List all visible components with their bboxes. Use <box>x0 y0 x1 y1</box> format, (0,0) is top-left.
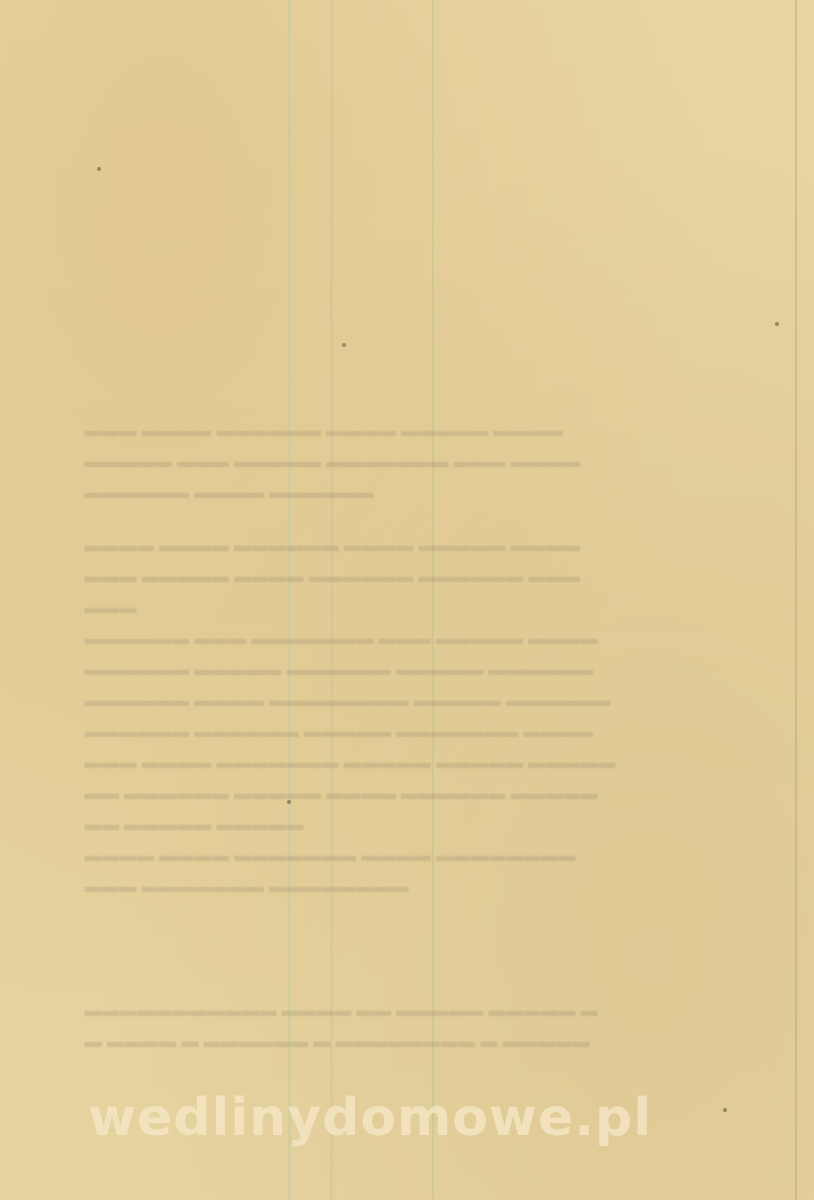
bleed-through-text-block-3: ▬ ▬▬▬▬▬ ▬▬▬▬▬ ▬▬ ▬▬▬▬ ▬▬▬▬▬▬▬▬▬▬▬ ▬▬▬▬▬ … <box>84 995 759 1057</box>
bleed-through-text-block-2: ▬▬▬▬ ▬▬▬▬▬ ▬▬▬▬ ▬▬▬▬▬▬ ▬▬▬▬ ▬▬▬▬ ▬▬▬ ▬▬▬… <box>84 530 759 902</box>
page-edge <box>795 0 797 1200</box>
speck <box>97 167 101 171</box>
speck <box>287 800 291 804</box>
scanned-page: ▬▬▬▬ ▬▬▬▬▬ ▬▬▬▬ ▬▬▬▬▬▬ ▬▬▬▬ ▬▬▬ ▬▬▬▬ ▬▬▬… <box>0 0 814 1200</box>
watermark: wedlinydomowe.pl <box>88 1088 652 1148</box>
bleed-through-text-block-1: ▬▬▬▬ ▬▬▬▬▬ ▬▬▬▬ ▬▬▬▬▬▬ ▬▬▬▬ ▬▬▬ ▬▬▬▬ ▬▬▬… <box>84 415 759 508</box>
speck <box>723 1108 727 1112</box>
speck <box>342 343 346 347</box>
speck <box>775 322 779 326</box>
